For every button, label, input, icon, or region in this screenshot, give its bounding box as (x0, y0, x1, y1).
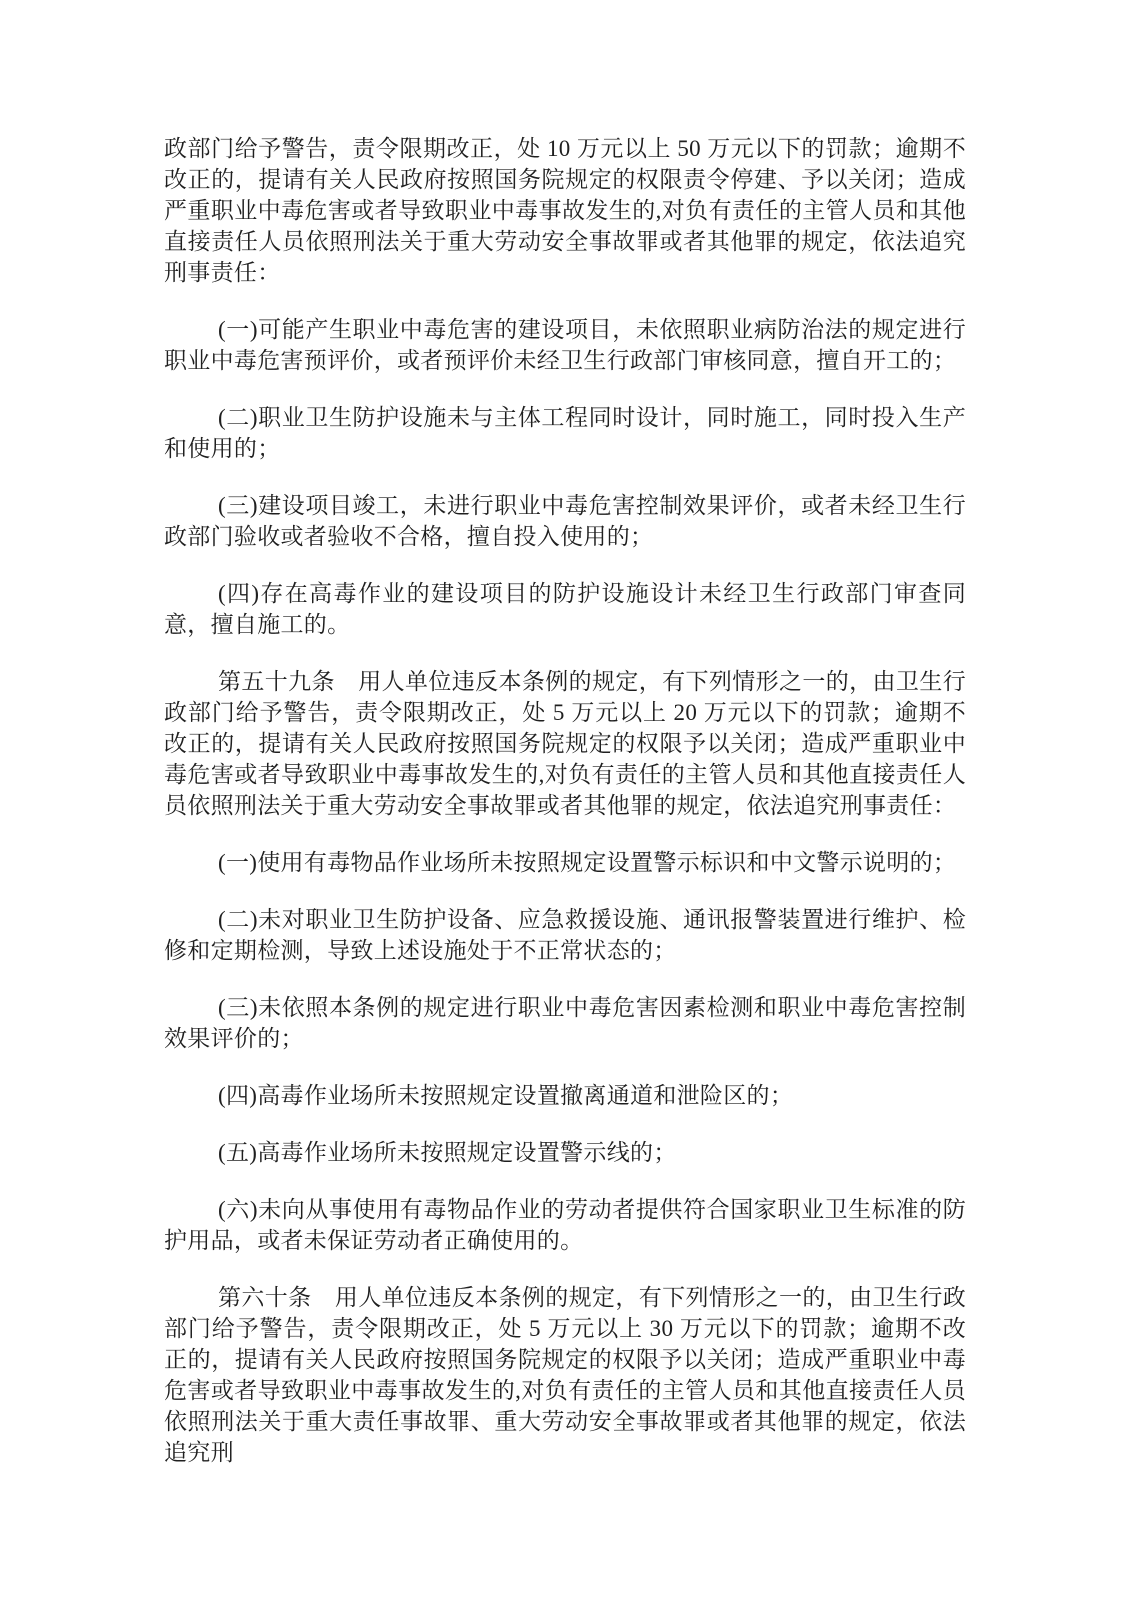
document-paragraph-article-59: 第五十九条 用人单位违反本条例的规定，有下列情形之一的，由卫生行政部门给予警告，… (164, 666, 966, 821)
document-paragraph-item-3: (三)建设项目竣工，未进行职业中毒危害控制效果评价，或者未经卫生行政部门验收或者… (164, 490, 966, 552)
document-paragraph-continuation: 政部门给予警告，责令限期改正，处 10 万元以上 50 万元以下的罚款；逾期不改… (164, 133, 966, 288)
document-paragraph-article-59-item-1: (一)使用有毒物品作业场所未按照规定设置警示标识和中文警示说明的； (164, 847, 966, 878)
document-body: 政部门给予警告，责令限期改正，处 10 万元以上 50 万元以下的罚款；逾期不改… (164, 133, 966, 1468)
document-paragraph-article-59-item-5: (五)高毒作业场所未按照规定设置警示线的； (164, 1137, 966, 1168)
document-paragraph-item-2: (二)职业卫生防护设施未与主体工程同时设计，同时施工，同时投入生产和使用的； (164, 402, 966, 464)
document-paragraph-item-1: (一)可能产生职业中毒危害的建设项目，未依照职业病防治法的规定进行职业中毒危害预… (164, 314, 966, 376)
document-page: { "page": { "background_color": "#ffffff… (0, 0, 1132, 1600)
document-page-surface: 政部门给予警告，责令限期改正，处 10 万元以上 50 万元以下的罚款；逾期不改… (0, 0, 1132, 1600)
document-paragraph-item-4: (四)存在高毒作业的建设项目的防护设施设计未经卫生行政部门审查同意，擅自施工的。 (164, 578, 966, 640)
document-paragraph-article-59-item-2: (二)未对职业卫生防护设备、应急救援设施、通讯报警装置进行维护、检修和定期检测，… (164, 904, 966, 966)
document-paragraph-article-59-item-6: (六)未向从事使用有毒物品作业的劳动者提供符合国家职业卫生标准的防护用品，或者未… (164, 1194, 966, 1256)
document-paragraph-article-59-item-4: (四)高毒作业场所未按照规定设置撤离通道和泄险区的； (164, 1080, 966, 1111)
document-paragraph-article-60: 第六十条 用人单位违反本条例的规定，有下列情形之一的，由卫生行政部门给予警告，责… (164, 1282, 966, 1468)
document-paragraph-article-59-item-3: (三)未依照本条例的规定进行职业中毒危害因素检测和职业中毒危害控制效果评价的； (164, 992, 966, 1054)
